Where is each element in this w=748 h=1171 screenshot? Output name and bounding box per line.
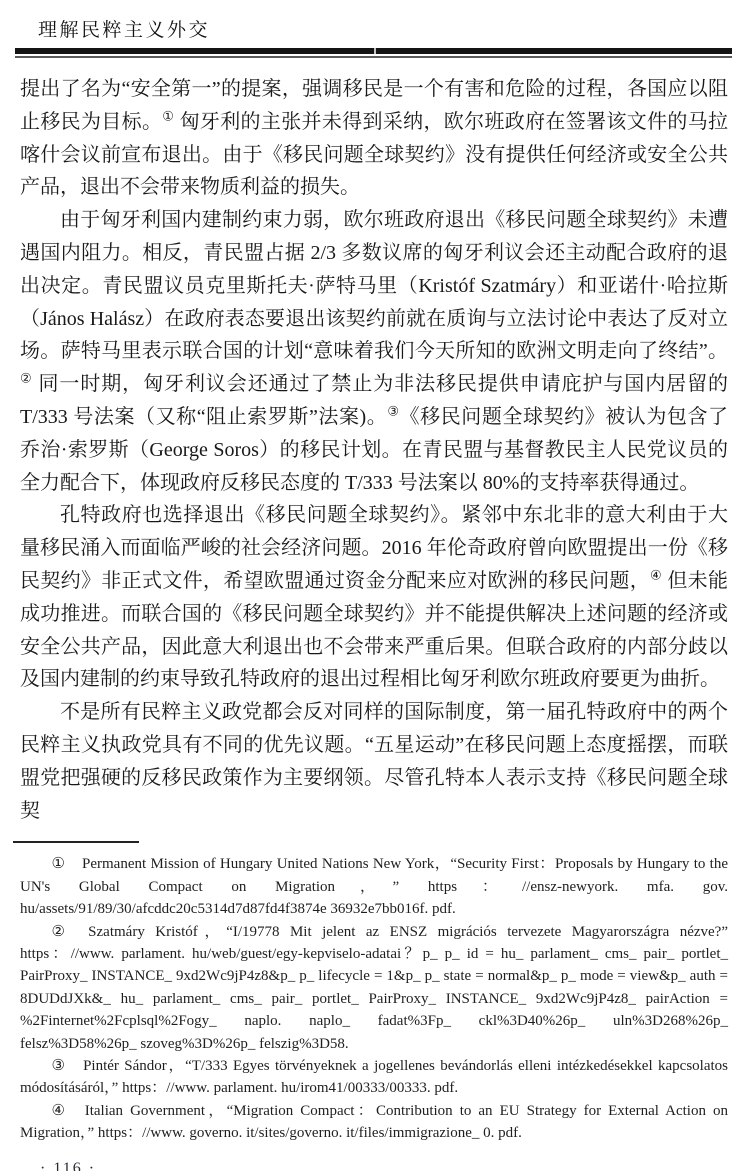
footnote-3: ③Pintér Sándor，“T/333 Egyes törvényeknek… bbox=[20, 1055, 728, 1100]
body-paragraph: 孔特政府也选择退出《移民问题全球契约》。紧邻中东北非的意大利由于大量移民涌入而面… bbox=[20, 499, 728, 696]
footnotes: ①Permanent Mission of Hungary United Nat… bbox=[20, 853, 728, 1144]
text-segment: 孔特政府也选择退出《移民问题全球契约》。紧邻中东北非的意大利由于大量移民涌入而面… bbox=[20, 504, 728, 592]
footnote-text: Italian Government，“Migration Compact：Co… bbox=[20, 1103, 728, 1141]
footnote-ref-4: ④ bbox=[650, 567, 662, 582]
page-header-title: 理解民粹主义外交 bbox=[38, 20, 210, 41]
footnote-separator bbox=[13, 841, 139, 843]
running-header: 理解民粹主义外交 bbox=[20, 0, 728, 41]
footnote-text: Permanent Mission of Hungary United Nati… bbox=[20, 856, 728, 917]
footnote-ref-2: ② bbox=[20, 371, 33, 386]
footnote-text: Pintér Sándor，“T/333 Egyes törvényeknek … bbox=[20, 1058, 728, 1096]
header-rule-thick bbox=[15, 48, 732, 54]
body-paragraph: 提出了名为“安全第一”的提案，强调移民是一个有害和危险的过程，各国应以阻止移民为… bbox=[20, 73, 728, 204]
header-rule-thin bbox=[15, 56, 732, 58]
footnote-marker: ② bbox=[52, 924, 72, 940]
footnote-text: Szatmáry Kristóf，“I/19778 Mit jelent az … bbox=[20, 924, 728, 1052]
footnote-marker: ① bbox=[52, 856, 66, 872]
footnote-marker: ④ bbox=[52, 1103, 69, 1119]
footnote-1: ①Permanent Mission of Hungary United Nat… bbox=[20, 853, 728, 920]
footnote-ref-1: ① bbox=[162, 108, 174, 123]
main-text: 提出了名为“安全第一”的提案，强调移民是一个有害和危险的过程，各国应以阻止移民为… bbox=[20, 73, 728, 827]
body-paragraph: 由于匈牙利国内建制约束力弱，欧尔班政府退出《移民问题全球契约》未遭遇国内阻力。相… bbox=[20, 204, 728, 499]
page-number: · 116 · bbox=[20, 1160, 728, 1171]
text-segment: 不是所有民粹主义政党都会反对同样的国际制度，第一届孔特政府中的两个民粹主义执政党… bbox=[20, 701, 728, 821]
text-segment: 由于匈牙利国内建制约束力弱，欧尔班政府退出《移民问题全球契约》未遭遇国内阻力。相… bbox=[20, 209, 728, 362]
footnote-2: ②Szatmáry Kristóf，“I/19778 Mit jelent az… bbox=[20, 921, 728, 1055]
body-paragraph: 不是所有民粹主义政党都会反对同样的国际制度，第一届孔特政府中的两个民粹主义执政党… bbox=[20, 696, 728, 827]
book-page: 理解民粹主义外交 提出了名为“安全第一”的提案，强调移民是一个有害和危险的过程，… bbox=[0, 0, 748, 1171]
footnote-marker: ③ bbox=[52, 1058, 67, 1074]
footnote-ref-3: ③ bbox=[387, 403, 399, 418]
footnote-4: ④Italian Government，“Migration Compact：C… bbox=[20, 1100, 728, 1145]
